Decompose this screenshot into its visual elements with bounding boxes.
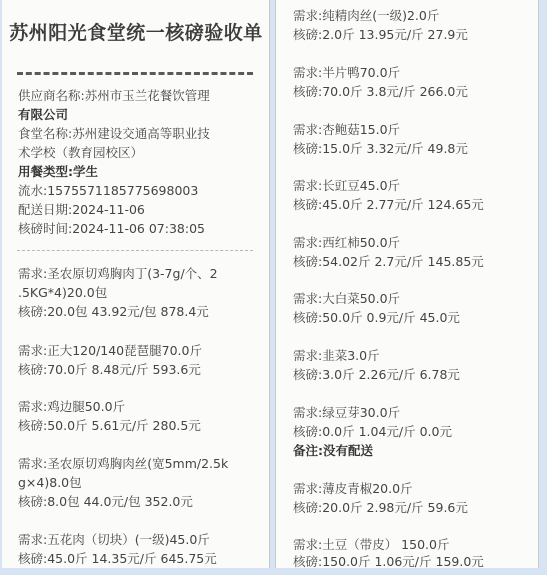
receipt-title: 苏州阳光食堂统一核磅验收单 bbox=[2, 18, 270, 45]
item-demand: 需求:圣农原切鸡胸肉丁(3-7g/个、2 bbox=[18, 264, 218, 283]
item-weigh: 核磅:20.0包 43.92元/包 878.4元 bbox=[18, 302, 209, 321]
canteen-name-line2: 术学校（教育园校区） bbox=[18, 143, 143, 162]
item-demand: 需求:长豇豆45.0斤 bbox=[293, 176, 400, 195]
item-weigh: 核磅:3.0斤 2.26元/斤 6.78元 bbox=[293, 365, 460, 384]
item-weigh: 核磅:70.0斤 8.48元/斤 593.6元 bbox=[18, 360, 201, 379]
supplier-name-line2: 有限公司 bbox=[18, 105, 68, 124]
item-demand-cont: g×4)8.0包 bbox=[18, 473, 82, 492]
item-weigh: 核磅:70.0斤 3.8元/斤 266.0元 bbox=[293, 82, 468, 101]
item-weigh: 核磅:45.0斤 14.35元/斤 645.75元 bbox=[18, 549, 217, 568]
item-demand: 需求:绿豆芽30.0斤 bbox=[293, 403, 400, 422]
item-weigh: 核磅:50.0斤 5.61元/斤 280.5元 bbox=[18, 416, 201, 435]
divider-light bbox=[17, 250, 253, 251]
item-weigh: 核磅:45.0斤 2.77元/斤 124.65元 bbox=[293, 195, 484, 214]
receipt-strip-left: 苏州阳光食堂统一核磅验收单 供应商名称:苏州市玉兰花餐饮管理 有限公司 食堂名称… bbox=[2, 0, 270, 568]
item-weigh: 核磅:0.0斤 1.04元/斤 0.0元 bbox=[293, 422, 452, 441]
item-demand: 需求:半片鸭70.0斤 bbox=[293, 63, 400, 82]
meal-type: 用餐类型:学生 bbox=[18, 162, 98, 181]
item-demand: 需求:杏鲍菇15.0斤 bbox=[293, 120, 400, 139]
supplier-name-line1: 供应商名称:苏州市玉兰花餐饮管理 bbox=[18, 86, 210, 105]
item-weigh: 核磅:150.0斤 1.06元/斤 159.0元 bbox=[293, 552, 484, 568]
item-weigh: 核磅:15.0斤 3.32元/斤 49.8元 bbox=[293, 139, 468, 158]
item-demand: 需求:纯精肉丝(一级)2.0斤 bbox=[293, 6, 439, 25]
item-demand: 需求:大白菜50.0斤 bbox=[293, 289, 400, 308]
item-weigh: 核磅:8.0包 44.0元/包 352.0元 bbox=[18, 492, 193, 511]
serial-number: 流水:1575571185775698003 bbox=[18, 181, 198, 200]
item-demand: 需求:正大120/140琵琶腿70.0斤 bbox=[18, 341, 202, 360]
item-weigh: 核磅:20.0斤 2.98元/斤 59.6元 bbox=[293, 498, 468, 517]
item-demand: 需求:圣农原切鸡胸肉丝(宽5mm/2.5k bbox=[18, 454, 228, 473]
item-demand: 需求:五花肉（切块）(一级)45.0斤 bbox=[18, 530, 210, 549]
item-demand: 需求:西红柿50.0斤 bbox=[293, 233, 400, 252]
canteen-name-line1: 食堂名称:苏州建设交通高等职业技 bbox=[18, 124, 210, 143]
divider-heavy bbox=[17, 72, 253, 75]
item-demand: 需求:韭菜3.0斤 bbox=[293, 346, 380, 365]
item-weigh: 核磅:50.0斤 0.9元/斤 45.0元 bbox=[293, 308, 460, 327]
weigh-time: 核磅时间:2024-11-06 07:38:05 bbox=[18, 219, 205, 238]
item-weigh: 核磅:54.02斤 2.7元/斤 145.85元 bbox=[293, 252, 484, 271]
item-demand: 需求:薄皮青椒20.0斤 bbox=[293, 479, 413, 498]
item-weigh: 核磅:2.0斤 13.95元/斤 27.9元 bbox=[293, 25, 468, 44]
delivery-date: 配送日期:2024-11-06 bbox=[18, 200, 145, 219]
item-demand: 需求:鸡边腿50.0斤 bbox=[18, 397, 125, 416]
item-demand-cont: .5KG*4)20.0包 bbox=[18, 283, 107, 302]
item-note: 备注:没有配送 bbox=[293, 441, 373, 460]
receipt-strip-right: 需求:纯精肉丝(一级)2.0斤 核磅:2.0斤 13.95元/斤 27.9元 需… bbox=[275, 0, 539, 568]
